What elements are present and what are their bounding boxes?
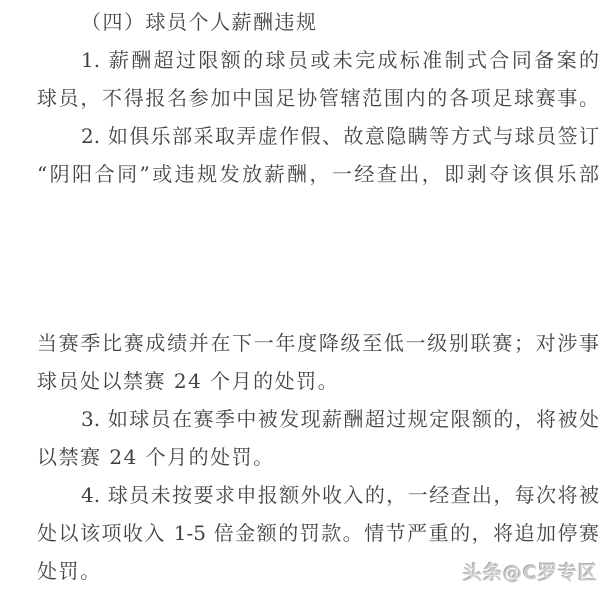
document-page: （四）球员个人薪酬违规 1. 薪酬超过限额的球员或未完成标准制式合同备案的 球员…: [0, 0, 602, 589]
text-line: 3. 如球员在赛季中被发现薪酬超过规定限额的，将被处: [37, 400, 599, 438]
text-line: 以禁赛 24 个月的处罚。: [37, 438, 599, 476]
document-body: （四）球员个人薪酬违规 1. 薪酬超过限额的球员或未完成标准制式合同备案的 球员…: [37, 3, 599, 589]
section-heading: （四）球员个人薪酬违规: [37, 3, 599, 41]
text-line: 1. 薪酬超过限额的球员或未完成标准制式合同备案的: [37, 41, 599, 79]
content-gap: [37, 193, 599, 324]
text-line: 球员，不得报名参加中国足协管辖范围内的各项足球赛事。: [37, 79, 599, 117]
text-line: 处以该项收入 1-5 倍金额的罚款。情节严重的，将追加停赛: [37, 514, 599, 552]
text-line: 当赛季比赛成绩并在下一年度降级至低一级别联赛；对涉事: [37, 324, 599, 362]
text-line: 2. 如俱乐部采取弄虚作假、故意隐瞒等方式与球员签订: [37, 117, 599, 155]
text-line: 球员处以禁赛 24 个月的处罚。: [37, 362, 599, 400]
watermark: 头条@C罗专区: [463, 558, 598, 585]
text-line: 4. 球员未按要求申报额外收入的，一经查出，每次将被: [37, 476, 599, 514]
text-line: “阴阳合同”或违规发放薪酬，一经查出，即剥夺该俱乐部: [37, 155, 599, 193]
